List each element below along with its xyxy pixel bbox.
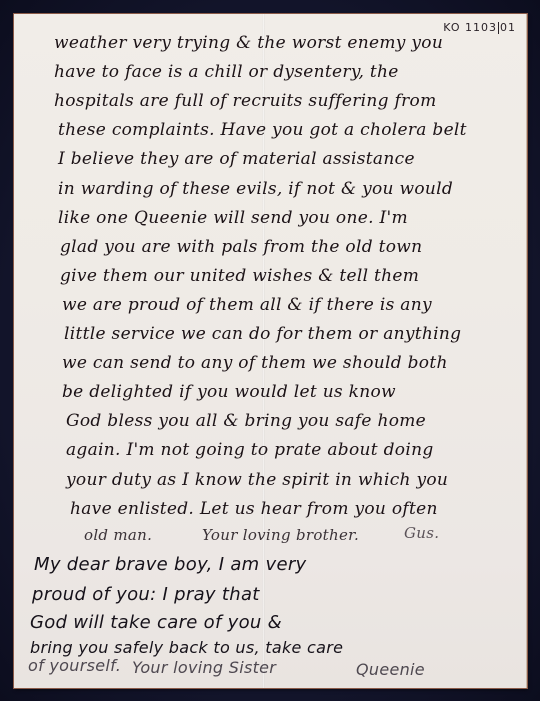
letter-line: have enlisted. Let us hear from you ofte… bbox=[70, 499, 438, 519]
letter-line: these complaints. Have you got a cholera… bbox=[58, 120, 467, 140]
signature-gus: Gus. bbox=[404, 524, 439, 542]
postscript-closing: Your loving Sister bbox=[132, 658, 276, 677]
postscript-line: proud of you: I pray that bbox=[32, 584, 260, 605]
fold-crease bbox=[262, 14, 265, 688]
letter-line: give them our united wishes & tell them bbox=[60, 266, 419, 286]
postscript-line: bring you safely back to us, take care bbox=[30, 638, 343, 657]
reference-divider bbox=[498, 22, 499, 34]
letter-line: hospitals are full of recruits suffering… bbox=[54, 91, 437, 111]
reference-suffix: 01 bbox=[500, 21, 516, 34]
reference-number: KO 1103 bbox=[443, 21, 497, 34]
letter-line: we are proud of them all & if there is a… bbox=[62, 295, 432, 315]
closing-line: Your loving brother. bbox=[202, 526, 359, 544]
letter-line: little service we can do for them or any… bbox=[64, 324, 461, 344]
letter-line: I believe they are of material assistanc… bbox=[58, 149, 415, 169]
letter-line: have to face is a chill or dysentery, th… bbox=[54, 62, 399, 82]
letter-line: your duty as I know the spirit in which … bbox=[66, 470, 448, 490]
signature-queenie: Queenie bbox=[356, 660, 425, 679]
letter-line: God bless you all & bring you safe home bbox=[66, 411, 426, 431]
letter-line: glad you are with pals from the old town bbox=[60, 237, 422, 257]
letter-page: KO 110301 weather very trying & the wors… bbox=[14, 14, 527, 688]
postscript-final-line: of yourself. bbox=[28, 656, 121, 675]
archive-reference: KO 110301 bbox=[443, 21, 516, 34]
letter-line: we can send to any of them we should bot… bbox=[62, 353, 448, 373]
closing-salutation: old man. bbox=[84, 526, 152, 544]
postscript-line: My dear brave boy, I am very bbox=[34, 554, 307, 575]
letter-line: in warding of these evils, if not & you … bbox=[58, 179, 453, 199]
postscript-line: God will take care of you & bbox=[30, 612, 282, 633]
letter-line: weather very trying & the worst enemy yo… bbox=[54, 33, 443, 53]
letter-line: like one Queenie will send you one. I'm bbox=[58, 208, 408, 228]
letter-line: again. I'm not going to prate about doin… bbox=[66, 440, 434, 460]
letter-line: be delighted if you would let us know bbox=[62, 382, 396, 402]
